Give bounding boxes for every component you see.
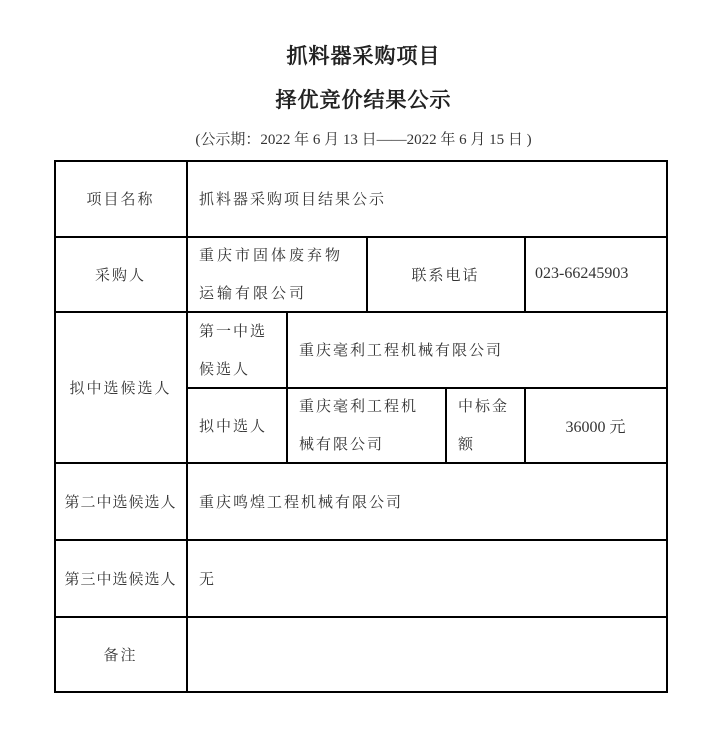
bid-amount-label: 中标金 额 xyxy=(446,388,524,462)
third-candidate-value: 无 xyxy=(187,540,666,616)
bid-amount-value: 36000 元 xyxy=(525,388,666,462)
third-candidate-label: 第三中选候选人 xyxy=(55,540,186,616)
project-name-label: 项目名称 xyxy=(55,161,186,236)
first-candidate-value: 重庆毫利工程机械有限公司 xyxy=(287,312,666,387)
phone-label: 联系电话 xyxy=(367,237,524,311)
candidates-label: 拟中选候选人 xyxy=(55,312,186,462)
purchaser-value-line2: 运输有限公司 xyxy=(199,274,307,312)
proposed-winner-label: 拟中选人 xyxy=(187,388,286,462)
first-candidate-label-line1: 第一中选 xyxy=(199,312,267,350)
second-candidate-value: 重庆鸣煌工程机械有限公司 xyxy=(187,463,666,539)
purchaser-value: 重庆市固体废弃物 运输有限公司 xyxy=(187,237,366,311)
table-border xyxy=(666,160,668,693)
first-candidate-label-line2: 候选人 xyxy=(199,350,250,388)
remarks-value xyxy=(187,617,666,691)
proposed-winner-value-line1: 重庆毫利工程机 xyxy=(299,387,418,425)
bid-amount-label-line1: 中标金 xyxy=(458,387,509,425)
proposed-winner-value-line2: 械有限公司 xyxy=(299,425,384,463)
document-title: 抓料器采购项目 xyxy=(0,40,727,70)
announcement-period: (公示期：2022 年 6 月 13 日——2022 年 6 月 15 日 ) xyxy=(0,128,727,149)
bid-amount-label-line2: 额 xyxy=(458,425,475,463)
phone-value: 023-66245903 xyxy=(525,237,666,311)
project-name-value: 抓料器采购项目结果公示 xyxy=(187,161,666,236)
purchaser-value-line1: 重庆市固体废弃物 xyxy=(199,236,343,274)
second-candidate-label: 第二中选候选人 xyxy=(55,463,186,539)
proposed-winner-value: 重庆毫利工程机 械有限公司 xyxy=(287,388,445,462)
purchaser-label: 采购人 xyxy=(55,237,186,311)
remarks-label: 备注 xyxy=(55,617,186,691)
document-subtitle: 择优竞价结果公示 xyxy=(0,84,727,114)
first-candidate-label: 第一中选 候选人 xyxy=(187,312,286,387)
table-border xyxy=(54,691,668,693)
